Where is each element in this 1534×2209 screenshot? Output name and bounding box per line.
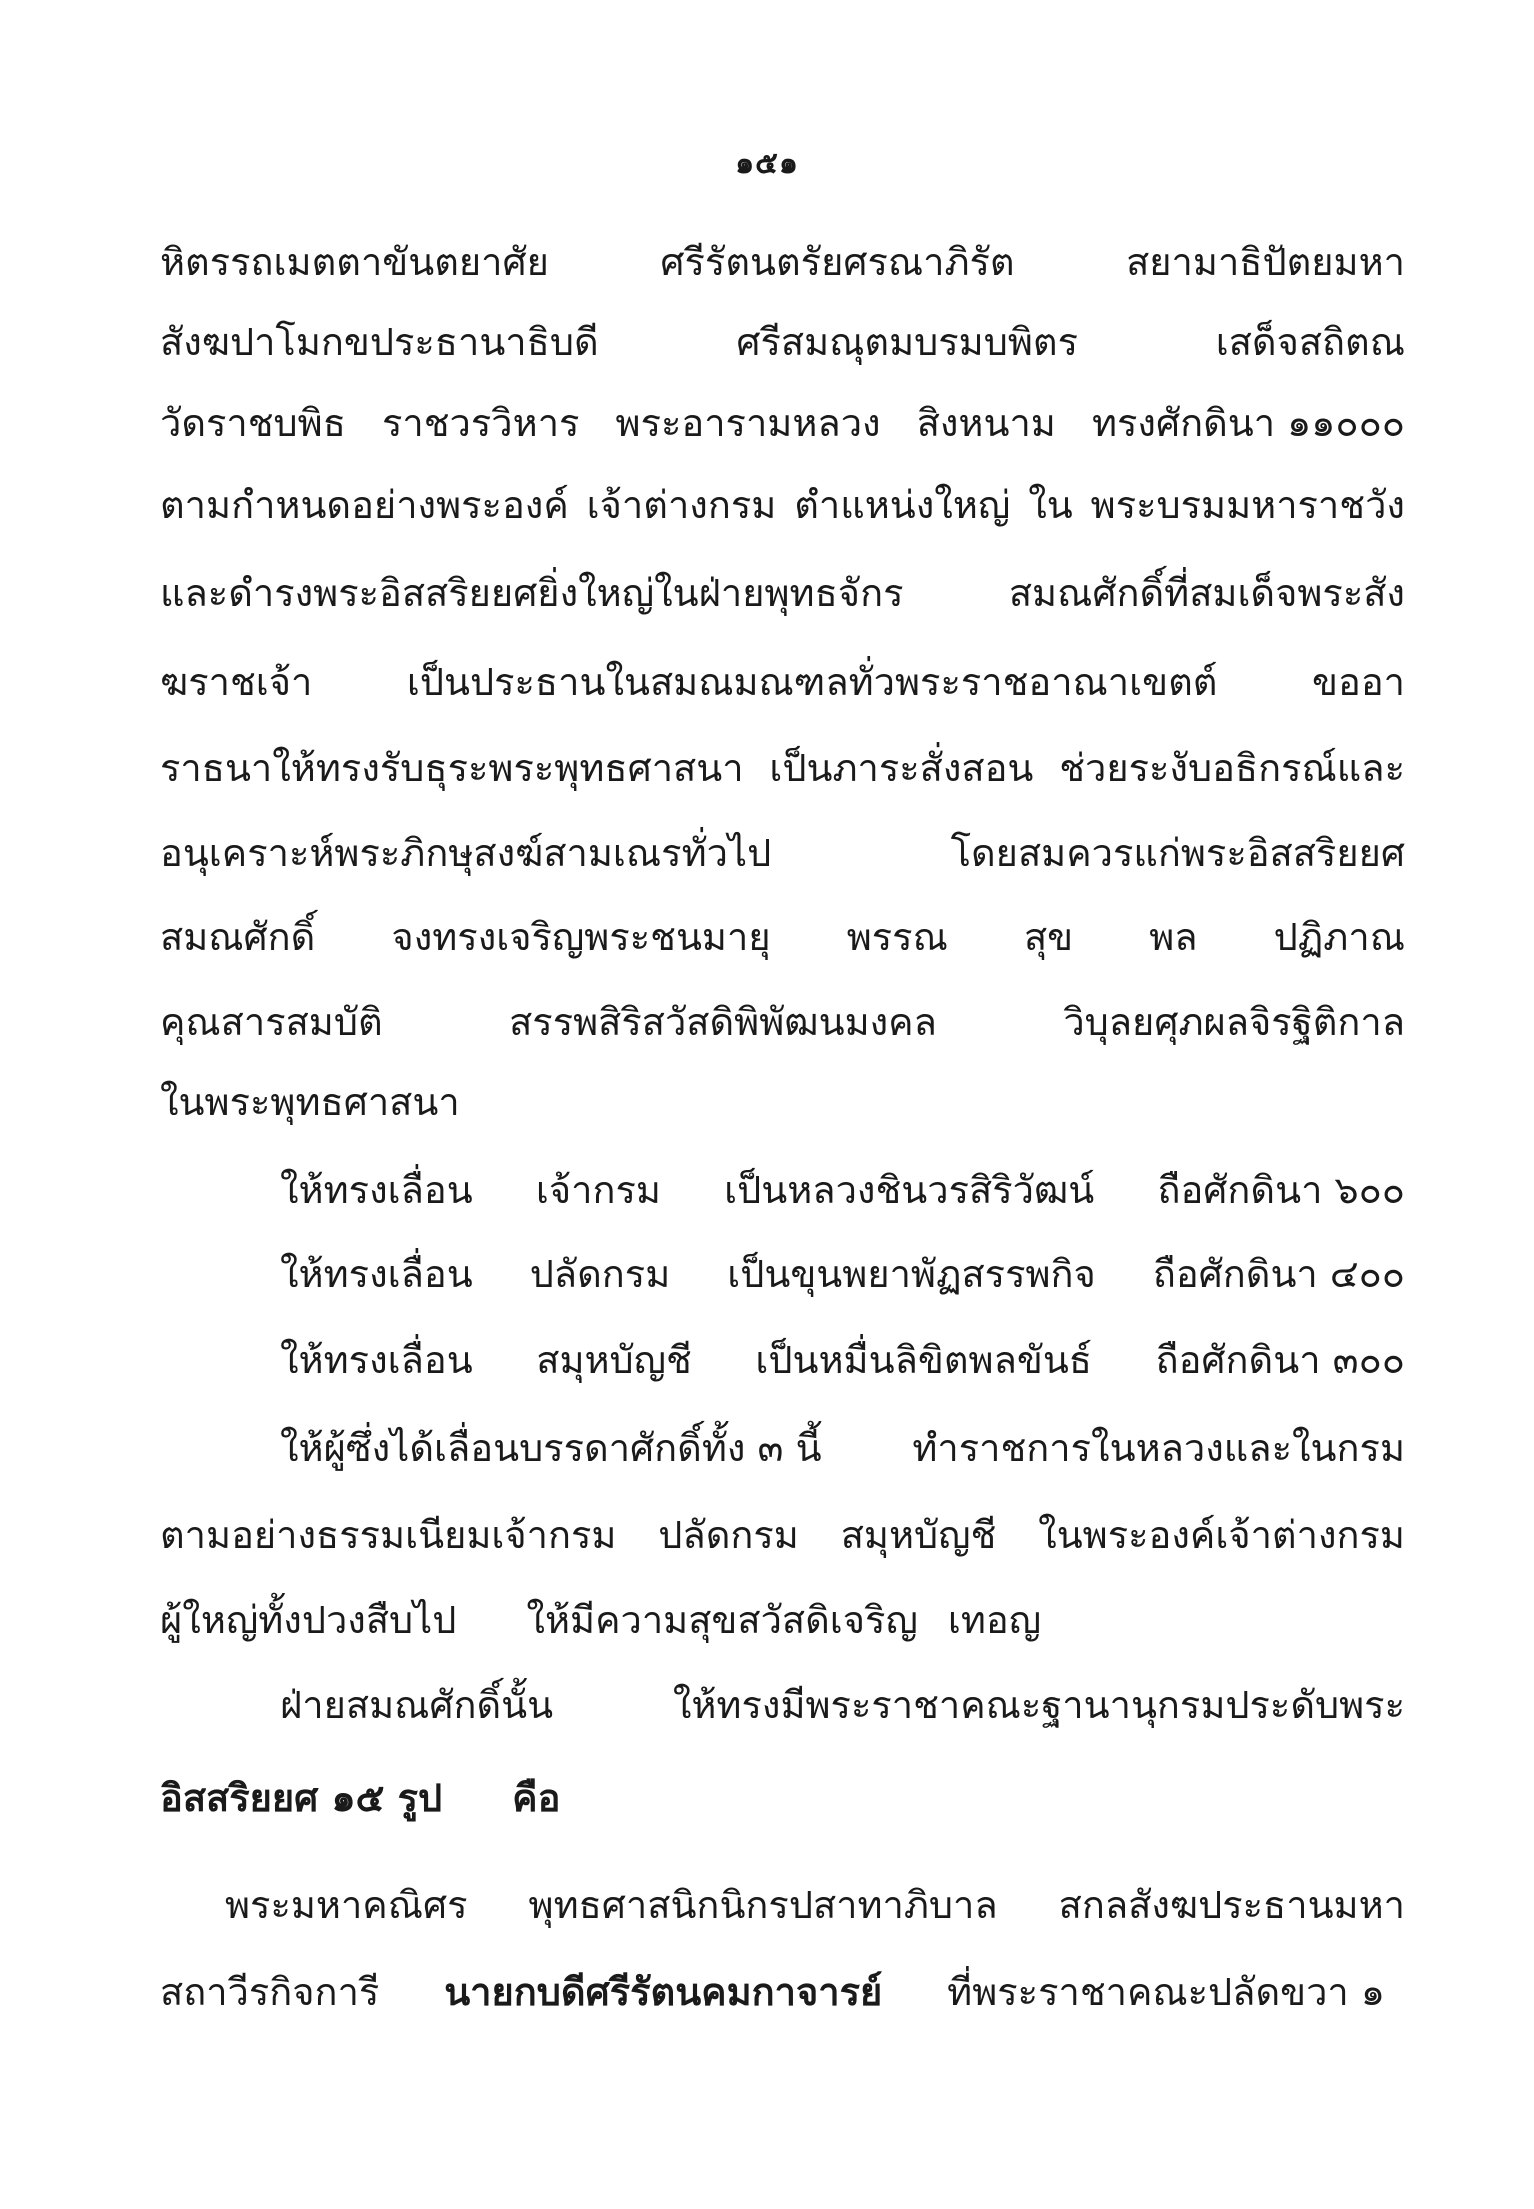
text-line: ตามกำหนดอย่างพระองค์ เจ้าต่างกรม ตำแหน่ง… xyxy=(160,475,1405,535)
page-number: ๑๕๑ xyxy=(0,140,1534,187)
text-line: สมณศักดิ์ จงทรงเจริญพระชนมายุ พรรณ สุข พ… xyxy=(160,907,1405,967)
promotion-line: ให้ทรงเลื่อน ปลัดกรม เป็นขุนพยาพัฏสรรพกิ… xyxy=(280,1244,1405,1304)
text-line: ตามอย่างธรรมเนียมเจ้ากรม ปลัดกรม สมุหบัญ… xyxy=(160,1505,1405,1565)
title-line: สถาวีรกิจการี นายกบดีศรีรัตนคมกาจารย์ ที… xyxy=(160,1962,1385,2022)
text-line: หิตรรถเมตตาขันตยาศัย ศรีรัตนตรัยศรณาภิรั… xyxy=(160,232,1405,292)
text-line: สังฆปาโมกขประธานาธิบดี ศรีสมณุตมบรมบพิตร… xyxy=(160,312,1405,372)
text-line: ฝ่ายสมณศักดิ์นั้น ให้ทรงมีพระราชาคณะฐานา… xyxy=(280,1675,1405,1735)
text-line: วัดราชบพิธ ราชวรวิหาร พระอารามหลวง สิงหน… xyxy=(160,393,1405,453)
text-line: ผู้ใหญ่ทั้งปวงสืบไปให้มีความสุขสวัสดิเจร… xyxy=(160,1590,1405,1650)
text-line: ให้ผู้ซึ่งได้เลื่อนบรรดาศักดิ์ทั้ง ๓ นี้… xyxy=(280,1418,1405,1478)
text-line: อนุเคราะห์พระภิกษุสงฆ์สามเณรทั่วไป โดยสม… xyxy=(160,823,1405,883)
text-line: อิสสริยยศ ๑๕ รูปคือ xyxy=(160,1768,1405,1828)
text-line: ในพระพุทธศาสนา xyxy=(160,1072,1405,1132)
title-line: พระมหาคณิศร พุทธศาสนิกนิกรปสาทาภิบาล สกล… xyxy=(225,1875,1405,1935)
text-line: และดำรงพระอิสสริยยศยิ่งใหญ่ในฝ่ายพุทธจัก… xyxy=(160,563,1405,623)
text-line: ฆราชเจ้า เป็นประธานในสมณมณฑลทั่วพระราชอา… xyxy=(160,652,1405,712)
promotion-line: ให้ทรงเลื่อน สมุหบัญชี เป็นหมื่นลิขิตพลข… xyxy=(280,1330,1405,1390)
text-line: ราธนาให้ทรงรับธุระพระพุทธศาสนา เป็นภาระส… xyxy=(160,738,1405,798)
text-line: คุณสารสมบัติ สรรพสิริสวัสดิพิพัฒนมงคล วิ… xyxy=(160,992,1405,1052)
promotion-line: ให้ทรงเลื่อน เจ้ากรม เป็นหลวงชินวรสิริวั… xyxy=(280,1160,1405,1220)
